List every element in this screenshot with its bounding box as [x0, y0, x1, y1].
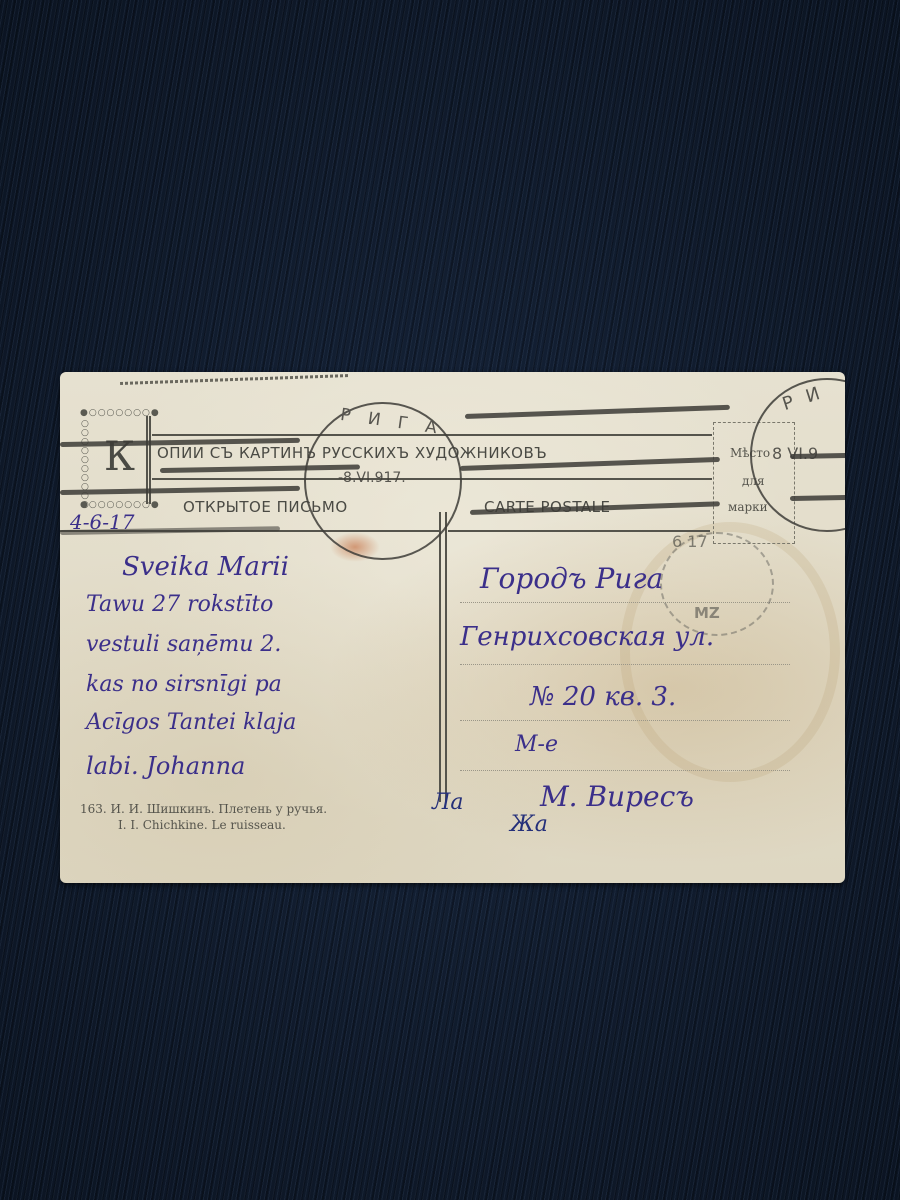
- address-line-4: [460, 770, 790, 771]
- caption-french: I. I. Chichkine. Le ruisseau.: [118, 818, 286, 832]
- address-number: № 20 кв. 3.: [530, 682, 676, 712]
- message-signature: labi. Johanna: [86, 752, 245, 780]
- logo-frame-dots-left: ○○○○○○○○○○: [81, 420, 89, 510]
- message-line: Tawu 27 rokstīto: [86, 592, 273, 617]
- postmark-city: Р И Г А: [339, 405, 444, 439]
- top-decoration: [120, 374, 350, 385]
- faint-postmark: 6 17 MZ: [660, 532, 774, 636]
- message-line: kas no sirsnīgi pa: [86, 672, 282, 697]
- extra-mark: Ла: [432, 790, 463, 815]
- address-street: Генрихсовская ул.: [460, 622, 714, 652]
- postmark-date: 8 VI.9: [772, 444, 818, 463]
- address-line-3: [460, 720, 790, 721]
- postmark-city: Р И: [780, 382, 826, 415]
- postcard: ●○○○○○○○● ○○○○○○○○○○ ●○○○○○○○● К ОПИИ СЪ…: [60, 372, 845, 883]
- handwritten-date: 4-6-17: [70, 510, 134, 534]
- title-rule-right: [448, 530, 710, 532]
- stamp-label-3: марки: [728, 500, 768, 514]
- logo-frame-dots-top: ●○○○○○○○●: [80, 408, 160, 418]
- postmark-code: MZ: [694, 604, 720, 622]
- address-line-2: [460, 664, 790, 665]
- logo-frame-dots-bottom: ●○○○○○○○●: [80, 500, 160, 510]
- message-line: Sveika Marii: [122, 552, 289, 582]
- recipient-prefix: М-е: [515, 732, 558, 757]
- cancel-bar: [60, 486, 300, 495]
- extra-mark: Жа: [510, 812, 548, 837]
- divider-line-2: [445, 512, 447, 802]
- recipient-name: М. Виреcъ: [540, 780, 694, 813]
- postmark-date: -8.VI.917.: [338, 470, 406, 486]
- cancel-bar: [465, 405, 730, 419]
- caption-russian: 163. И. И. Шишкинъ. Плетень у ручья.: [80, 802, 327, 816]
- address-city: Городъ Рига: [480, 562, 663, 595]
- divider-line-1: [439, 512, 441, 802]
- message-line: Acīgos Tantei klaja: [86, 710, 296, 735]
- riga-postmark-center: Р И Г А -8.VI.917.: [304, 402, 462, 560]
- postmark-date: 6 17: [672, 532, 708, 551]
- message-line: vestuli saņēmu 2.: [86, 632, 281, 657]
